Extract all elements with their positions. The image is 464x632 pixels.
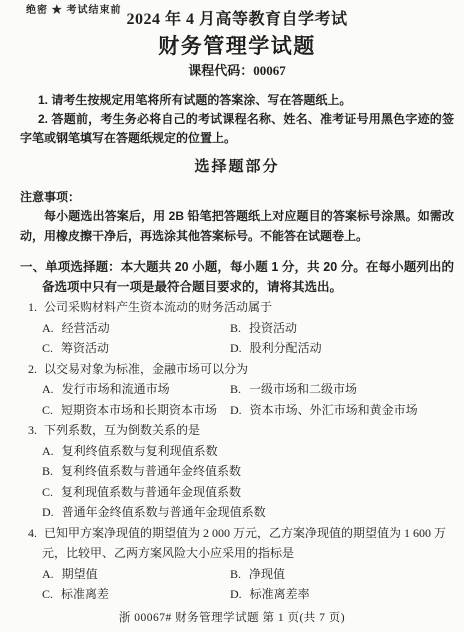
- option-label: C.: [42, 485, 53, 499]
- option-c: C.短期资本市场和长期资本市场: [42, 400, 230, 421]
- part1-header: 一、单项选择题：本大题共 20 小题，每小题 1 分，共 20 分。在每小题列出…: [20, 257, 454, 297]
- option-text: 发行市场和流通市场: [62, 382, 170, 396]
- question-text: 公司采购材料产生资本流动的财务活动属于: [44, 300, 272, 314]
- question-number: 2.: [28, 362, 37, 376]
- option-c: C.标准离差: [42, 584, 230, 605]
- question-2: 2.以交易对象为标准，金融市场可以分为 A.发行市场和流通市场 B.一级市场和二…: [20, 359, 454, 421]
- option-a: A.复利终值系数与复利现值系数: [42, 441, 454, 462]
- option-text: 资本市场、外汇市场和黄金市场: [250, 403, 418, 417]
- question-number: 1.: [28, 300, 37, 314]
- option-label: D.: [230, 341, 242, 355]
- option-label: D.: [42, 505, 54, 519]
- option-text: 标准离差率: [250, 587, 310, 601]
- option-label: A.: [42, 444, 54, 458]
- option-text: 复利终值系数与复利现值系数: [62, 444, 218, 458]
- question-number: 3.: [28, 423, 37, 437]
- option-label: C.: [42, 587, 53, 601]
- question-1-options: A.经营活动 B.投资活动 C.筹资活动 D.股利分配活动: [42, 318, 454, 359]
- option-text: 投资活动: [249, 321, 297, 335]
- option-c: C.筹资活动: [42, 338, 230, 359]
- option-d: D.标准离差率: [230, 584, 454, 605]
- question-4-stem: 4.已知甲方案净现值的期望值为 2 000 万元，乙方案净现值的期望值为 1 6…: [20, 523, 454, 564]
- option-text: 普通年金终值系数与普通年金现值系数: [62, 505, 266, 519]
- option-text: 股利分配活动: [250, 341, 322, 355]
- course-code: 课程代码：00067: [20, 63, 454, 79]
- option-label: D.: [230, 587, 242, 601]
- exam-paper-page: 绝密 ★ 考试结束前 2024 年 4 月高等教育自学考试 财务管理学试题 课程…: [0, 0, 464, 632]
- option-b: B.净现值: [230, 564, 454, 585]
- option-label: A.: [42, 567, 54, 581]
- page-footer: 浙 00067# 财务管理学试题 第 1 页(共 7 页): [0, 609, 464, 625]
- question-1-stem: 1.公司采购材料产生资本流动的财务活动属于: [20, 297, 454, 318]
- option-text: 标准离差: [61, 587, 109, 601]
- option-label: A.: [42, 321, 54, 335]
- option-b: B.复利终值系数与普通年金终值系数: [42, 461, 454, 482]
- option-text: 短期资本市场和长期资本市场: [61, 403, 217, 417]
- classification-banner: 绝密 ★ 考试结束前: [26, 1, 122, 16]
- option-b: B.投资活动: [230, 318, 454, 339]
- question-text: 下列系数，互为倒数关系的是: [44, 423, 200, 437]
- option-d: D.普通年金终值系数与普通年金现值系数: [42, 502, 454, 523]
- option-label: C.: [42, 341, 53, 355]
- section-title: 选择题部分: [20, 158, 454, 176]
- question-2-options: A.发行市场和流通市场 B.一级市场和二级市场 C.短期资本市场和长期资本市场 …: [42, 379, 454, 420]
- instruction-1: 1. 请考生按规定用笔将所有试题的答案涂、写在答题纸上。: [20, 91, 454, 110]
- option-d: D.资本市场、外汇市场和黄金市场: [230, 400, 454, 421]
- option-text: 筹资活动: [61, 341, 109, 355]
- question-1: 1.公司采购材料产生资本流动的财务活动属于 A.经营活动 B.投资活动 C.筹资…: [20, 297, 454, 359]
- option-label: B.: [42, 464, 53, 478]
- question-text: 以交易对象为标准，金融市场可以分为: [44, 362, 248, 376]
- question-2-stem: 2.以交易对象为标准，金融市场可以分为: [20, 359, 454, 380]
- option-text: 一级市场和二级市场: [249, 382, 357, 396]
- option-text: 复利现值系数与普通年金现值系数: [61, 485, 241, 499]
- option-text: 净现值: [249, 567, 285, 581]
- option-label: A.: [42, 382, 54, 396]
- question-3-stem: 3.下列系数，互为倒数关系的是: [20, 420, 454, 441]
- option-d: D.股利分配活动: [230, 338, 454, 359]
- option-text: 期望值: [62, 567, 98, 581]
- option-label: C.: [42, 403, 53, 417]
- question-3-options: A.复利终值系数与复利现值系数 B.复利终值系数与普通年金终值系数 C.复利现值…: [42, 441, 454, 523]
- question-text: 已知甲方案净现值的期望值为 2 000 万元，乙方案净现值的期望值为 1 600…: [42, 526, 446, 561]
- option-label: D.: [230, 403, 242, 417]
- question-3: 3.下列系数，互为倒数关系的是 A.复利终值系数与复利现值系数 B.复利终值系数…: [20, 420, 454, 523]
- option-label: B.: [230, 321, 241, 335]
- question-number: 4.: [28, 526, 37, 540]
- question-list: 1.公司采购材料产生资本流动的财务活动属于 A.经营活动 B.投资活动 C.筹资…: [20, 297, 454, 605]
- option-a: A.经营活动: [42, 318, 230, 339]
- question-4: 4.已知甲方案净现值的期望值为 2 000 万元，乙方案净现值的期望值为 1 6…: [20, 523, 454, 605]
- option-b: B.一级市场和二级市场: [230, 379, 454, 400]
- question-4-options: A.期望值 B.净现值 C.标准离差 D.标准离差率: [42, 564, 454, 605]
- paper-title: 财务管理学试题: [20, 34, 454, 60]
- option-text: 复利终值系数与普通年金终值系数: [61, 464, 241, 478]
- option-c: C.复利现值系数与普通年金现值系数: [42, 482, 454, 503]
- option-a: A.期望值: [42, 564, 230, 585]
- option-label: B.: [230, 382, 241, 396]
- candidate-instructions: 1. 请考生按规定用笔将所有试题的答案涂、写在答题纸上。 2. 答题前，考生务必…: [20, 91, 454, 148]
- notice-title: 注意事项：: [20, 188, 454, 206]
- option-text: 经营活动: [62, 321, 110, 335]
- option-label: B.: [230, 567, 241, 581]
- option-a: A.发行市场和流通市场: [42, 379, 230, 400]
- instruction-2: 2. 答题前，考生务必将自己的考试课程名称、姓名、准考证号用黑色字迹的签字笔或钢…: [20, 110, 454, 148]
- notice-body: 每小题选出答案后，用 2B 铅笔把答题纸上对应题目的答案标号涂黑。如需改动，用橡…: [20, 206, 454, 246]
